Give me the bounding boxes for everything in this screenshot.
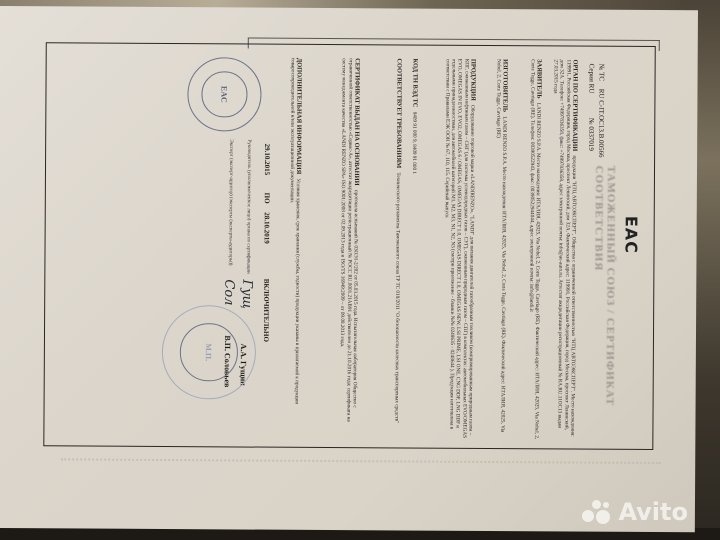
number-value: RU C-IT.OC13.В.00566 [597,89,605,158]
certificate-title: ТАМОЖЕННЫЙ СОЮЗ / СЕРТИФИКАТ СООТВЕТСТВИ… [591,166,617,448]
section-heading: ИЗГОТОВИТЕЛЬ [501,59,508,112]
section-heading: СООТВЕТСТВУЕТ ТРЕБОВАНИЯМ [395,58,403,168]
head-signature: Гущ [239,279,254,308]
inclusive-label: ВКЛЮЧИТЕЛЬНО [262,279,270,342]
eac-mark: EAC [621,216,640,254]
certification-seal: EAC [187,57,261,131]
expert-signature-label: Эксперт (эксперт-аудитор) (эксперты (экс… [227,139,233,289]
section-conformity: СООТВЕТСТВУЕТ ТРЕБОВАНИЯМ Технического р… [393,58,402,438]
avito-logo-icon [582,500,612,524]
certificate-series: Серия RU № 0337019 [587,64,596,151]
certificate-content: EAC ТАМОЖЕННЫЙ СОЮЗ / СЕРТИФИКАТ СООТВЕТ… [43,42,653,448]
validity-period: 29.10.2015 ПО 28.10.2019 ВКЛЮЧИТЕЛЬНО [262,144,271,342]
series-label: Серия [588,64,596,82]
avito-watermark: Avito [582,498,688,526]
section-heading: КОД ТН ВЭД ТС [411,59,418,108]
section-heading: ПРОДУКЦИЯ [469,59,476,101]
section-text: Технического регламента Таможенного союз… [393,172,401,423]
certificate-header: EAC ТАМОЖЕННЫЙ СОЮЗ / СЕРТИФИКАТ СООТВЕТ… [581,46,653,448]
section-heading: ЗАЯВИТЕЛЬ [535,59,542,98]
section-text: LANDI RENZO S.P.A. Место нахождения: ИТА… [495,59,507,432]
section-additional-info: ДОПОЛНИТЕЛЬНАЯ ИНФОРМАЦИЯ Условия хранен… [287,58,302,438]
footer-dotted-line [61,458,661,468]
seal-eac-mark: EAC [202,72,247,117]
head-signature-label: Руководитель (уполномоченное лицо) орган… [245,140,251,290]
section-hs-code: КОД ТН ВЭД ТС 8409 91 000 9, 8409 91 000… [409,59,418,439]
section-applicant: ЗАЯВИТЕЛЬ LANDI RENZO S.P.A. Место нахож… [527,59,542,439]
section-product: ПРОДУКЦИЯ Оборудование торговой марки «L… [442,59,476,439]
series-value: RU [587,84,595,94]
stamp-label: М.П. [180,324,238,382]
section-heading: ОРГАН ПО СЕРТИФИКАЦИИ [571,59,579,151]
section-text: LANDI RENZO S.P.A. Место нахождения: ИТА… [528,59,542,439]
number-label: № ТС [598,64,606,81]
certificate-number: № ТС RU C-IT.OC13.В.00566 [597,64,606,164]
valid-from: 29.10.2015 [263,144,271,176]
rotated-page: EAC ТАМОЖЕННЫЙ СОЮЗ / СЕРТИФИКАТ СООТВЕТ… [43,42,653,448]
faint-round-stamp: М.П. [162,305,257,400]
section-certification-body: ОРГАН ПО СЕРТИФИКАЦИИ продукции "НТЦ АВТ… [550,59,578,439]
certificate-paper: EAC ТАМОЖЕННЫЙ СОЮЗ / СЕРТИФИКАТ СООТВЕТ… [0,6,698,532]
section-issued-basis: СЕРТИФИКАТ ВЫДАН НА ОСНОВАНИИ протокола … [338,58,359,438]
valid-to: 28.10.2019 [263,212,271,244]
section-heading: СЕРТИФИКАТ ВЫДАН НА ОСНОВАНИИ [353,58,361,185]
avito-brand: Avito [618,498,688,526]
section-manufacturer: ИЗГОТОВИТЕЛЬ LANDI RENZO S.P.A. Место на… [493,59,508,439]
section-text: Оборудование торговой марки «LANDIRENZO»… [444,59,476,438]
series-number: № 0337019 [587,118,595,151]
section-text: 8409 91 000 9, 8409 91 000 1 [411,112,417,174]
section-heading: ДОПОЛНИТЕЛЬНАЯ ИНФОРМАЦИЯ [295,58,303,174]
valid-to-label: ПО [263,193,271,204]
expert-signature: Сол [221,279,236,305]
